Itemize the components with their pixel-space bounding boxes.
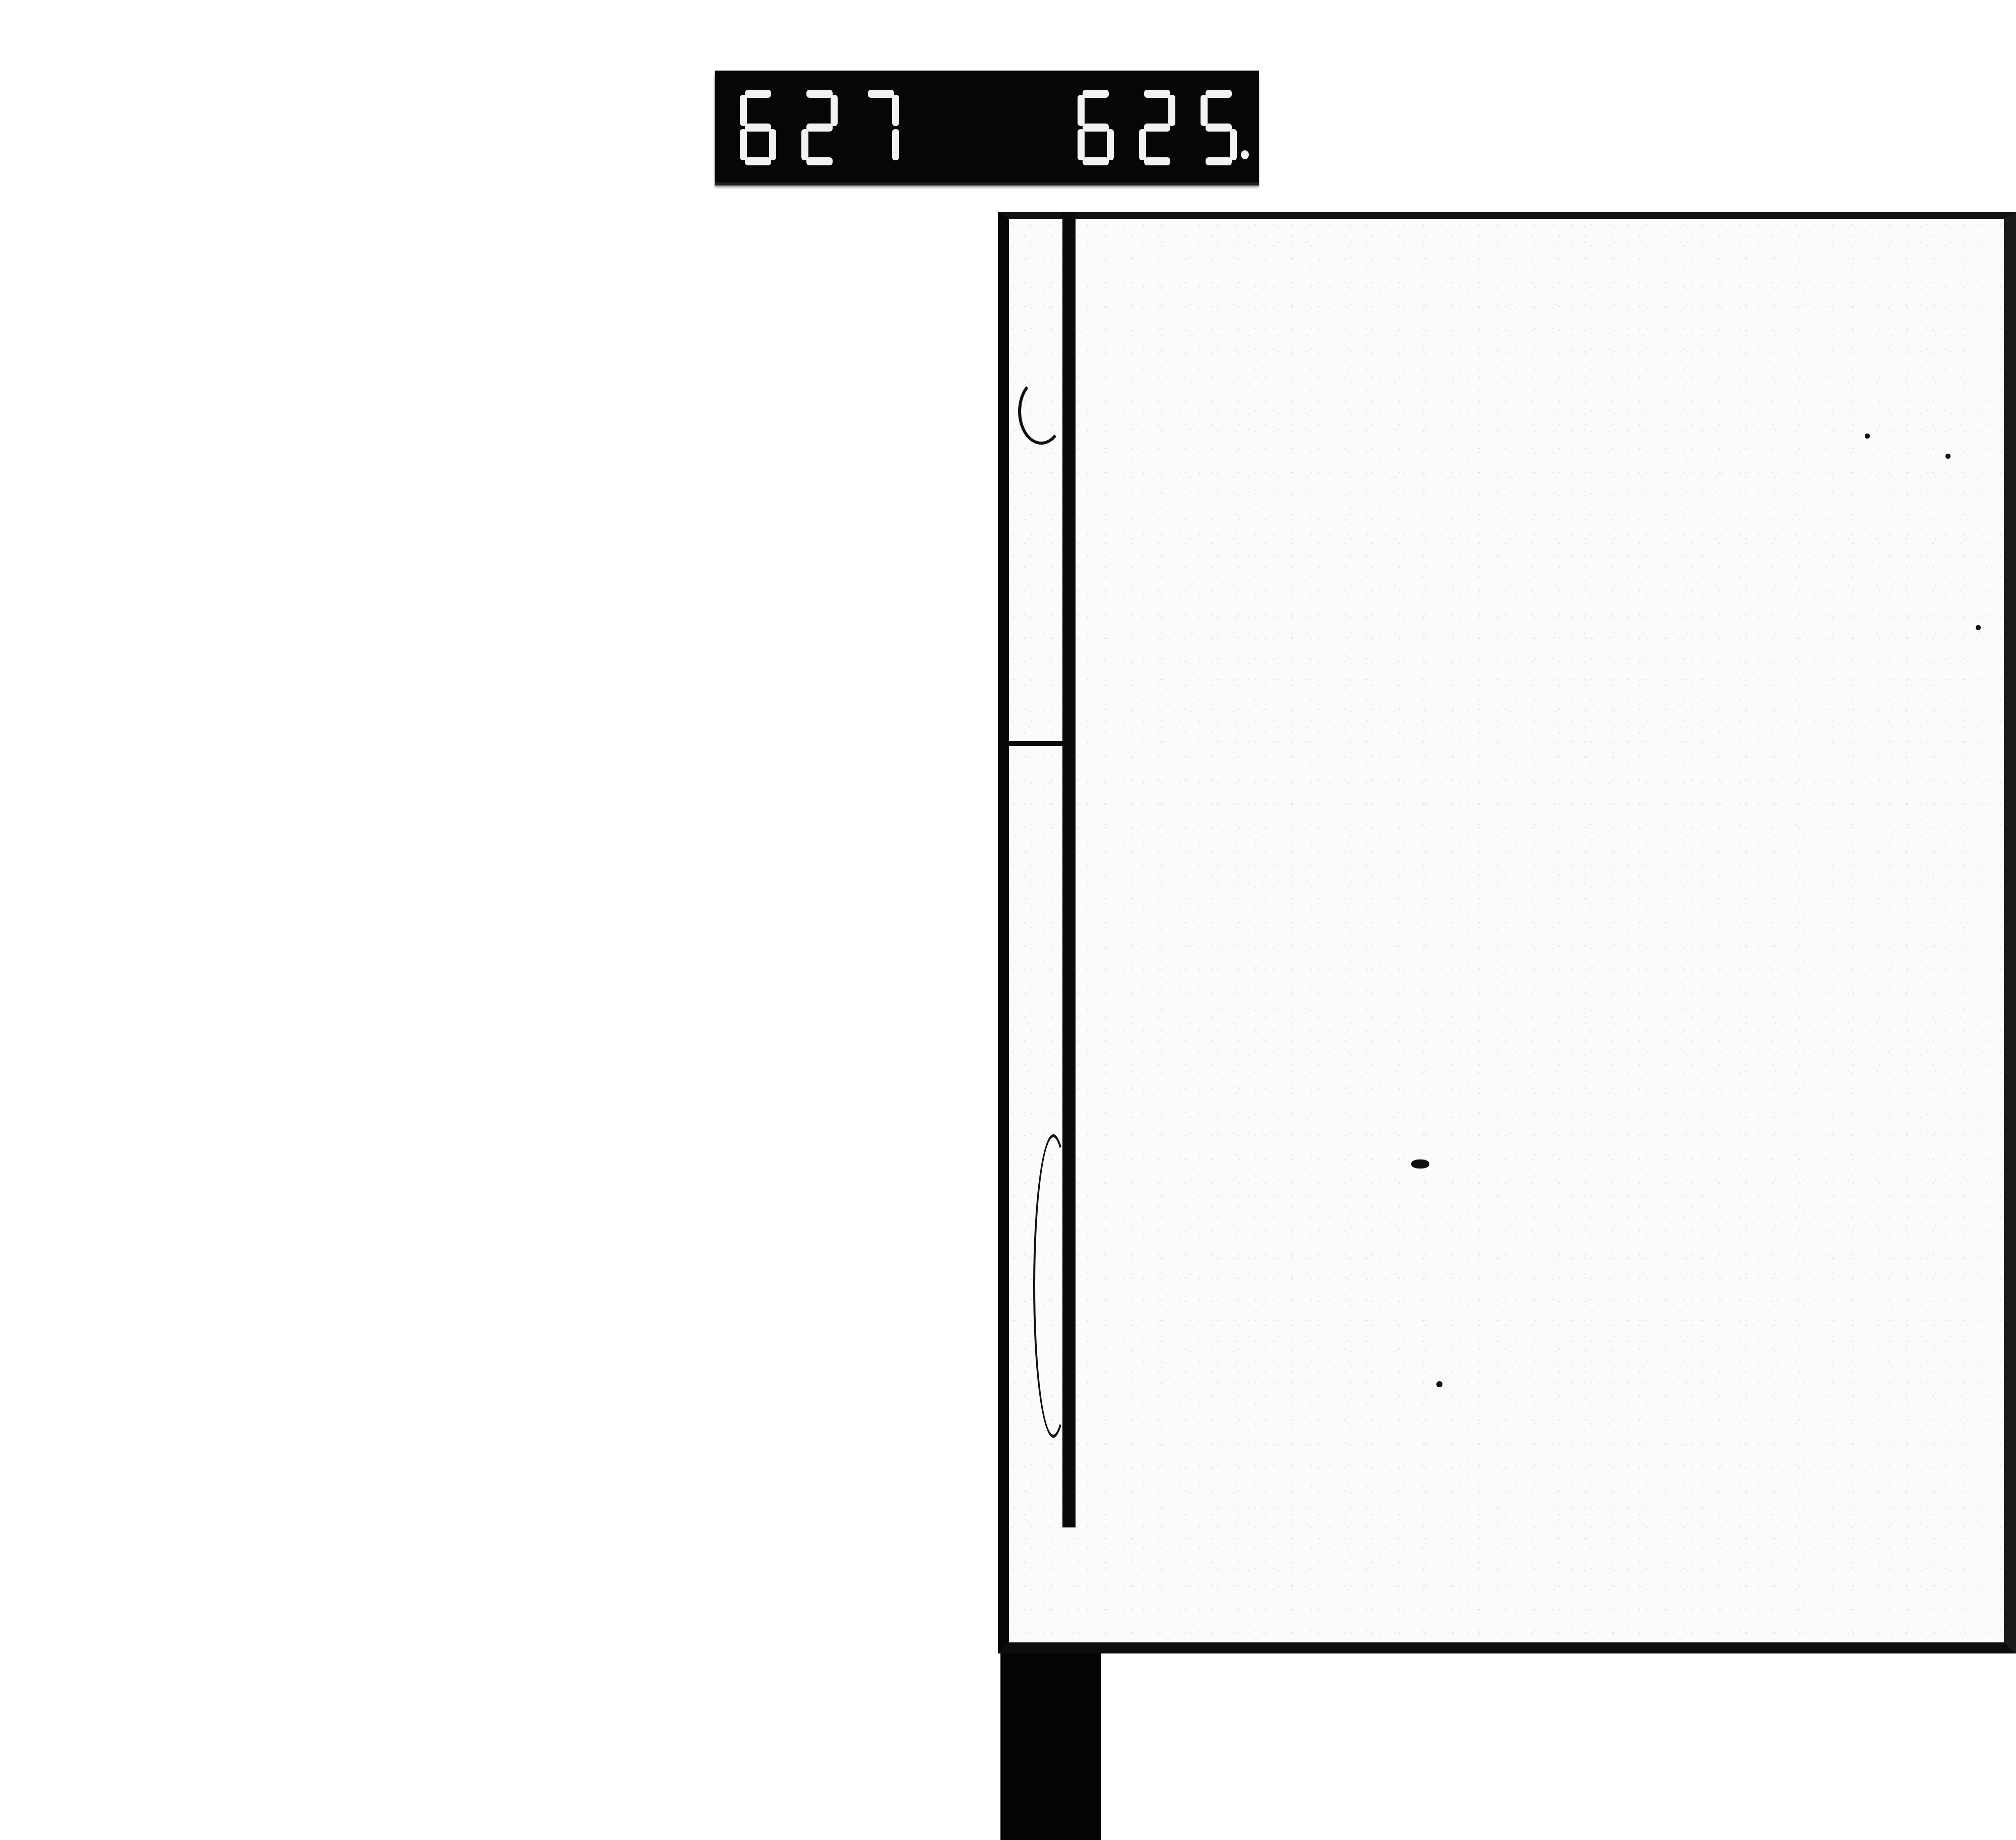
frame-number-label: 627 625. [715, 71, 1259, 182]
book-cover [998, 212, 2016, 1653]
frame-number-left [740, 90, 898, 165]
ink-spot [1865, 434, 1870, 439]
binding-stitch [1009, 741, 1064, 746]
seven-segment-digit [1139, 90, 1174, 165]
frame-number-right [1078, 90, 1236, 165]
seven-segment-digit [740, 90, 775, 165]
seven-segment-digit [1078, 90, 1113, 165]
ink-spot [1976, 625, 1981, 630]
seven-segment-digit [1201, 90, 1236, 165]
ink-spot [1945, 454, 1950, 459]
seven-segment-digit [801, 90, 837, 165]
microfilm-scan: 627 625. [0, 0, 2016, 1840]
ink-spot [1436, 1381, 1442, 1387]
binding-thread-loop [1033, 1134, 1074, 1438]
ink-spot [1411, 1159, 1429, 1169]
binding-thread-loop [1018, 378, 1064, 445]
seven-segment-digit [863, 90, 898, 165]
cover-surface [998, 212, 2016, 1653]
